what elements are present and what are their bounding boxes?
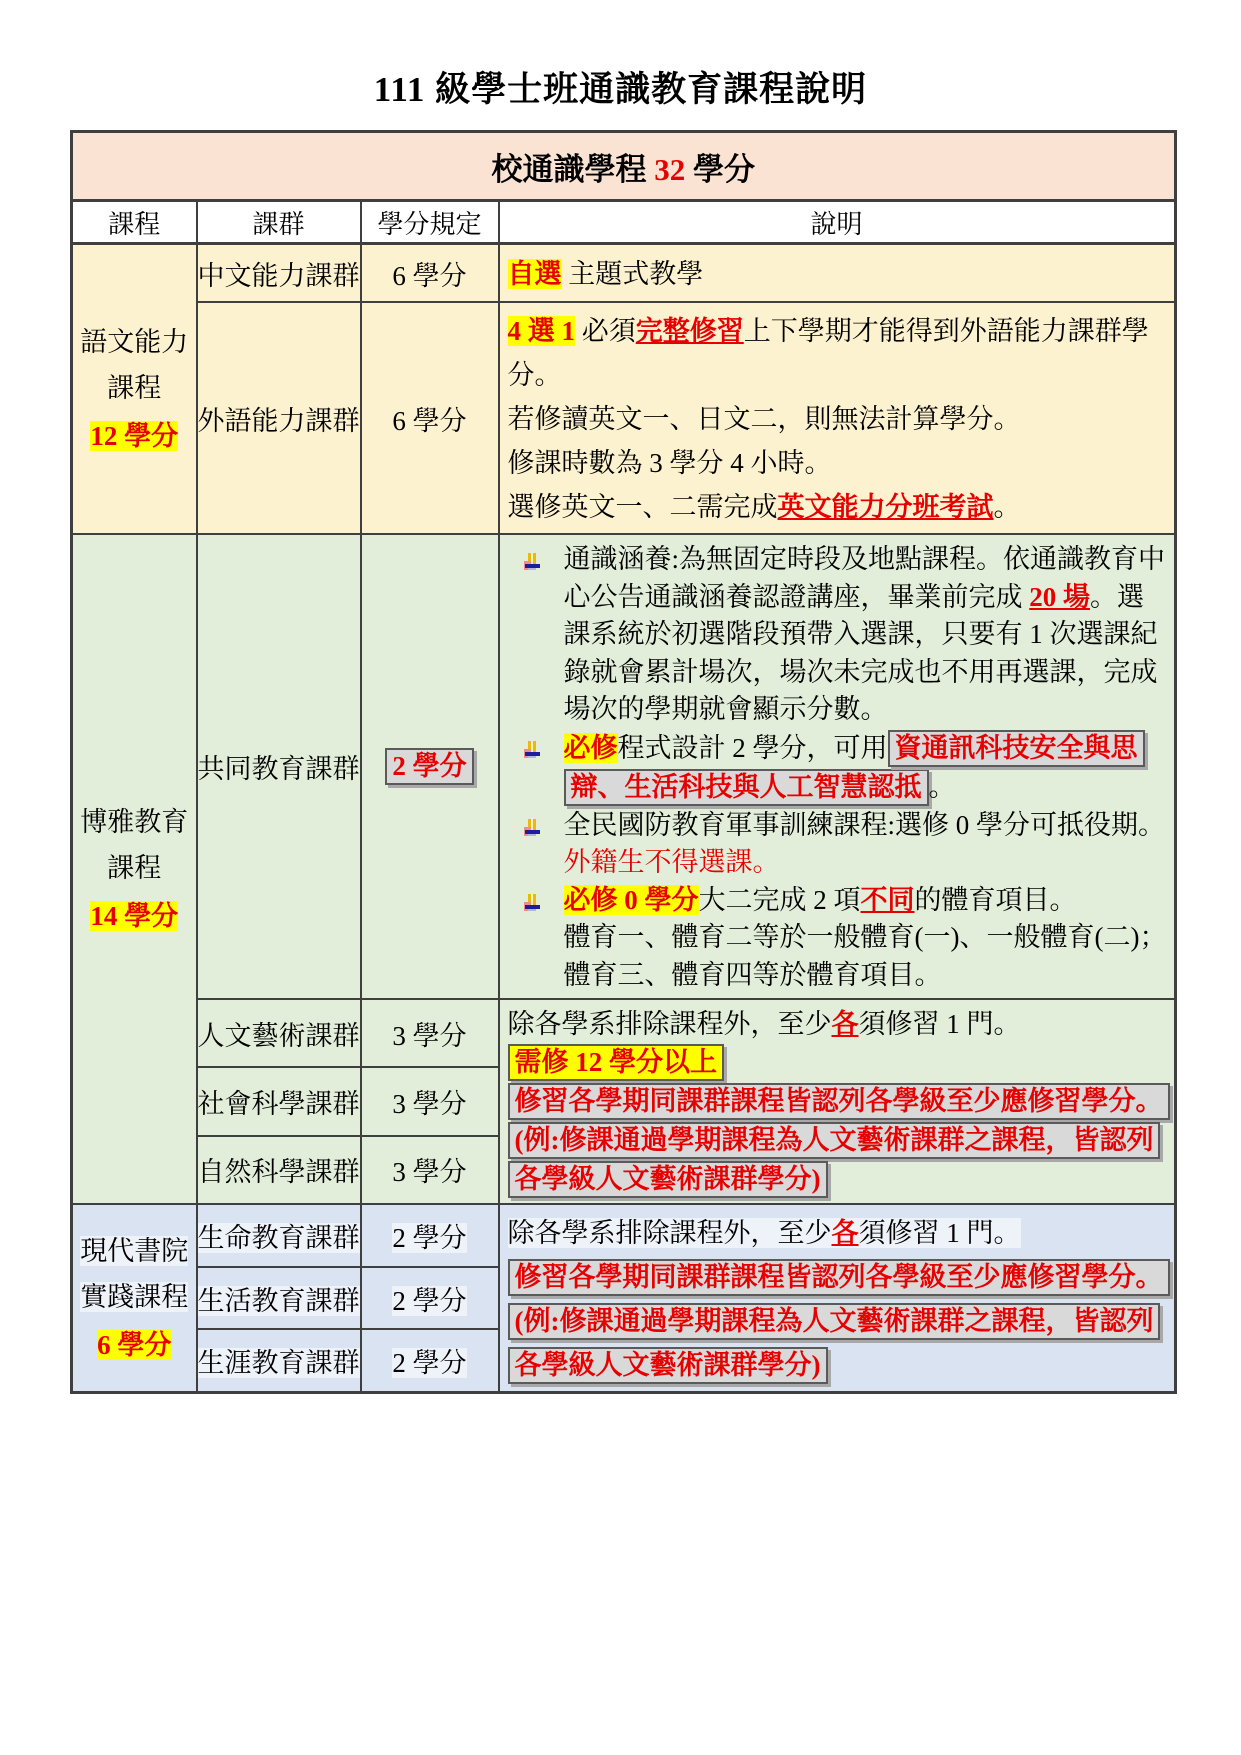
credit-cell-natural: 3 學分 (361, 1136, 499, 1204)
text-run: 必須 (575, 316, 636, 346)
text-run: 通識涵養:為無固定時段及地點課程。依通識教育中 (564, 544, 1166, 574)
text-run: 共同教育課群 (198, 754, 360, 784)
text-line: 必修 0 學分大二完成 2 項不同的體育項目。 (500, 882, 1170, 920)
credit-cell-living: 2 學分 (361, 1267, 499, 1330)
desc-cell-foreign: 4 選 1 必須完整修習上下學期才能得到外語能力課群學分。若修讀英文一、日文二，… (499, 302, 1176, 534)
text-run: 2 學分 (385, 748, 473, 785)
text-run: 程式設計 2 學分，可用 (618, 733, 888, 763)
row-chinese-ability: 語文能力 課程 12 學分 中文能力課群 6 學分 自選 主題式教學 (72, 244, 1176, 303)
text-run: 20 場 (1029, 582, 1090, 612)
text-line: (例:修課通過學期課程為人文藝術課群之課程，皆認列 (508, 1299, 1170, 1343)
text-run: 2 學分 (392, 1223, 466, 1253)
section-label-line: 博雅教育 (73, 799, 196, 845)
bullet-icon (520, 813, 542, 835)
text-run: 32 (654, 152, 685, 187)
row-common-education: 博雅教育 課程 14 學分 共同教育課群 2 學分 通識涵養:為無固定時段及地點… (72, 534, 1176, 999)
credit-cell-career: 2 學分 (361, 1329, 499, 1392)
text-line: 各學級人文藝術課群學分) (508, 1343, 1170, 1387)
text-run: 須修習 1 門。 (859, 1009, 1021, 1039)
text-run: (例:修課通過學期課程為人文藝術課群之課程，皆認列 (508, 1303, 1161, 1340)
row-humanities: 人文藝術課群 3 學分 除各學系排除課程外，至少各須修習 1 門。需修 12 學… (72, 999, 1176, 1067)
text-line: 需修 12 學分以上 (508, 1043, 1170, 1082)
text-run: 校通識學程 (492, 152, 655, 187)
text-run: 需修 12 學分以上 (508, 1044, 725, 1081)
text-run: 3 學分 (392, 1089, 466, 1119)
text-run: 外語能力課群 (198, 406, 360, 436)
credit-cell-life: 2 學分 (361, 1204, 499, 1267)
text-run: 心公告通識涵養認證講座，畢業前完成 (564, 582, 1030, 612)
text-run: 必修 0 學分 (564, 885, 699, 915)
text-run: 體育一、體育二等於一般體育(一)、一般體育(二)； (564, 922, 1167, 952)
text-run: 的體育項目。 (915, 885, 1077, 915)
text-line: 修課時數為 3 學分 4 小時。 (508, 441, 1170, 485)
text-line: 若修讀英文一、日文二，則無法計算學分。 (508, 397, 1170, 441)
text-run: 3 學分 (392, 1021, 466, 1051)
header-note: 說明 (499, 201, 1176, 244)
credit-cell-common: 2 學分 (361, 534, 499, 999)
text-line: 體育三、體育四等於體育項目。 (500, 957, 1170, 995)
row-life-education: 現代書院 實踐課程 6 學分 生命教育課群 2 學分 除各學系排除課程外，至少各… (72, 1204, 1176, 1267)
text-line: 心公告通識涵養認證講座，畢業前完成 20 場。選 (500, 579, 1170, 617)
banner-title: 校通識學程 32 學分 (72, 132, 1176, 201)
text-run: 須修習 1 門。 (859, 1218, 1021, 1248)
section-credit-badge: 14 學分 (73, 893, 196, 939)
text-run: 3 學分 (392, 1157, 466, 1187)
text-run: 6 學分 (392, 406, 466, 436)
text-run: 。 (994, 492, 1021, 522)
text-run: 14 學分 (90, 901, 178, 931)
text-run: 學分 (685, 152, 755, 187)
text-run: 各 (832, 1009, 859, 1039)
section-label-line: 現代書院 (73, 1228, 196, 1274)
bullet-icon (520, 888, 542, 910)
desc-cell-liberal-shared: 除各學系排除課程外，至少各須修習 1 門。需修 12 學分以上修習各學期同課群課… (499, 999, 1176, 1204)
text-run: 現代書院 (80, 1236, 188, 1266)
text-run: 完整修習 (636, 316, 744, 346)
text-run: 上下學期才能得到外語能力課群學 (744, 316, 1149, 346)
text-run: 4 選 1 (508, 316, 576, 346)
text-line: 自選 主題式教學 (508, 252, 1170, 296)
bullet-icon (520, 547, 542, 569)
text-run: 場次的學期就會顯示分數。 (564, 694, 888, 724)
group-cell-life: 生命教育課群 (197, 1204, 361, 1267)
desc-cell-chinese: 自選 主題式教學 (499, 244, 1176, 303)
text-line: 除各學系排除課程外，至少各須修習 1 門。 (508, 1211, 1170, 1255)
text-run: 外籍生不得選課。 (564, 847, 780, 877)
desc-cell-academy-shared: 除各學系排除課程外，至少各須修習 1 門。修習各學期同課群課程皆認列各學級至少應… (499, 1204, 1176, 1393)
text-line: 錄就會累計場次，場次未完成也不用再選課，完成 (500, 654, 1170, 692)
text-line: 除各學系排除課程外，至少各須修習 1 門。 (508, 1006, 1170, 1043)
text-run: 資通訊科技安全與思 (888, 730, 1145, 767)
text-line: 通識涵養:為無固定時段及地點課程。依通識教育中 (500, 541, 1170, 579)
text-run: 2 學分 (392, 1348, 466, 1378)
text-line: 修習各學期同課群課程皆認列各學級至少應修習學分。 (508, 1255, 1170, 1299)
document-page: 111 級學士班通識教育課程說明 校通識學程 32 學分 課程 課群 學分規定 … (0, 0, 1241, 1755)
text-line: 分。 (508, 353, 1170, 397)
credit-cell-social: 3 學分 (361, 1067, 499, 1135)
text-run: 自然科學課群 (198, 1157, 360, 1187)
text-line: 課系統於初選階段預帶入選課，只要有 1 次選課紀 (500, 616, 1170, 654)
text-run: 除各學系排除課程外，至少 (508, 1218, 832, 1248)
text-run: 課程 (107, 853, 161, 883)
text-run: 分。 (508, 360, 562, 390)
credit-cell-humanities: 3 學分 (361, 999, 499, 1067)
group-cell-common: 共同教育課群 (197, 534, 361, 999)
text-run: 實踐課程 (80, 1282, 188, 1312)
text-run: 生涯教育課群 (198, 1348, 360, 1378)
header-credit-rule: 學分規定 (361, 201, 499, 244)
text-line: 外籍生不得選課。 (500, 844, 1170, 882)
text-run: 主題式教學 (562, 259, 704, 289)
table-header-row: 課程 課群 學分規定 說明 (72, 201, 1176, 244)
bullet-icon (520, 735, 542, 757)
text-run: 不同 (861, 885, 915, 915)
text-run: 各 (832, 1218, 859, 1248)
text-run: 自選 (508, 259, 562, 289)
text-run: 。選 (1090, 582, 1144, 612)
text-run: 英文能力分班考試 (778, 492, 994, 522)
text-run: 語文能力 (80, 327, 188, 357)
text-line: 體育一、體育二等於一般體育(一)、一般體育(二)； (500, 919, 1170, 957)
text-run: 全民國防教育軍事訓練課程:選修 0 學分可抵役期。 (564, 810, 1166, 840)
section-label-language: 語文能力 課程 12 學分 (72, 244, 197, 535)
text-run: 課系統於初選階段預帶入選課，只要有 1 次選課紀 (564, 619, 1158, 649)
text-run: 修習各學期同課群課程皆認列各學級至少應修習學分。 (508, 1259, 1170, 1296)
section-label-academy: 現代書院 實踐課程 6 學分 (72, 1204, 197, 1393)
section-label-liberal: 博雅教育 課程 14 學分 (72, 534, 197, 1204)
course-requirements-table: 校通識學程 32 學分 課程 課群 學分規定 說明 語文能力 課程 12 學分 … (70, 130, 1177, 1394)
text-run: 各學級人文藝術課群學分) (508, 1161, 828, 1198)
row-foreign-language: 外語能力課群 6 學分 4 選 1 必須完整修習上下學期才能得到外語能力課群學分… (72, 302, 1176, 534)
text-line: 場次的學期就會顯示分數。 (500, 691, 1170, 729)
text-run: 。 (929, 772, 956, 802)
group-cell-humanities: 人文藝術課群 (197, 999, 361, 1067)
text-run: 體育三、體育四等於體育項目。 (564, 960, 942, 990)
text-run: 生命教育課群 (198, 1223, 360, 1253)
section-label-line: 語文能力 (73, 319, 196, 365)
text-run: 博雅教育 (80, 807, 188, 837)
text-run: 6 學分 (97, 1330, 171, 1360)
text-run: 錄就會累計場次，場次未完成也不用再選課，完成 (564, 657, 1158, 687)
credit-cell-foreign: 6 學分 (361, 302, 499, 534)
text-line: 必修程式設計 2 學分，可用資通訊科技安全與思 (500, 729, 1170, 768)
section-label-line: 課程 (73, 365, 196, 411)
text-run: 中文能力課群 (198, 261, 360, 291)
text-run: 12 學分 (90, 421, 178, 451)
group-cell-natural: 自然科學課群 (197, 1136, 361, 1204)
page-title: 111 級學士班通識教育課程說明 (0, 62, 1241, 112)
group-cell-living: 生活教育課群 (197, 1267, 361, 1330)
text-run: 修課時數為 3 學分 4 小時。 (508, 448, 832, 478)
text-line: 修習各學期同課群課程皆認列各學級至少應修習學分。 (508, 1082, 1170, 1121)
text-run: 生活教育課群 (198, 1286, 360, 1316)
group-cell-career: 生涯教育課群 (197, 1329, 361, 1392)
text-line: 各學級人文藝術課群學分) (508, 1160, 1170, 1199)
group-cell-foreign: 外語能力課群 (197, 302, 361, 534)
section-credit-badge: 6 學分 (73, 1322, 196, 1368)
text-run: 辯、生活科技與人工智慧認抵 (564, 769, 929, 806)
header-group: 課群 (197, 201, 361, 244)
text-run: 課程 (107, 373, 161, 403)
text-line: 4 選 1 必須完整修習上下學期才能得到外語能力課群學 (508, 309, 1170, 353)
group-cell-social: 社會科學課群 (197, 1067, 361, 1135)
section-credit-badge: 12 學分 (73, 413, 196, 459)
group-cell-chinese: 中文能力課群 (197, 244, 361, 303)
text-run: 若修讀英文一、日文二，則無法計算學分。 (508, 404, 1021, 434)
text-line: 選修英文一、二需完成英文能力分班考試。 (508, 485, 1170, 529)
section-label-line: 課程 (73, 845, 196, 891)
section-label-line: 實踐課程 (73, 1274, 196, 1320)
header-course: 課程 (72, 201, 197, 244)
text-run: 除各學系排除課程外，至少 (508, 1009, 832, 1039)
credit-cell-chinese: 6 學分 (361, 244, 499, 303)
text-run: 社會科學課群 (198, 1089, 360, 1119)
text-line: 全民國防教育軍事訓練課程:選修 0 學分可抵役期。 (500, 807, 1170, 845)
text-line: (例:修課通過學期課程為人文藝術課群之課程，皆認列 (508, 1121, 1170, 1160)
text-run: 2 學分 (392, 1286, 466, 1316)
text-run: 選修英文一、二需完成 (508, 492, 778, 522)
text-run: 必修 (564, 733, 618, 763)
text-run: (例:修課通過學期課程為人文藝術課群之課程，皆認列 (508, 1122, 1161, 1159)
text-line: 辯、生活科技與人工智慧認抵。 (500, 768, 1170, 807)
desc-cell-common: 通識涵養:為無固定時段及地點課程。依通識教育中心公告通識涵養認證講座，畢業前完成… (499, 534, 1176, 999)
text-run: 修習各學期同課群課程皆認列各學級至少應修習學分。 (508, 1083, 1170, 1120)
text-run: 大二完成 2 項 (699, 885, 861, 915)
text-run: 各學級人文藝術課群學分) (508, 1347, 828, 1384)
text-run: 人文藝術課群 (198, 1021, 360, 1051)
text-run: 6 學分 (392, 261, 466, 291)
table-banner-row: 校通識學程 32 學分 (72, 132, 1176, 201)
